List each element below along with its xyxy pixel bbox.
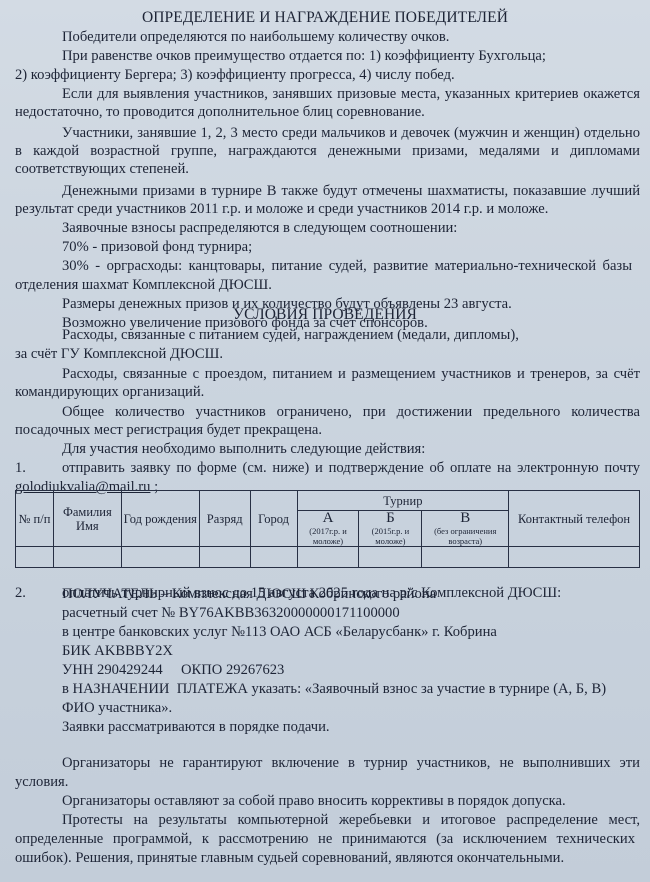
tournament-v-letter: В <box>422 511 508 526</box>
table-cell <box>250 547 297 568</box>
paragraph-line: Расходы, связанные с проездом, питанием … <box>62 365 640 383</box>
paragraph-line: Организаторы оставляют за собой право вн… <box>62 792 566 810</box>
paragraph-line: определенные программой, к рассмотрению … <box>15 830 635 848</box>
paragraph-line: за счёт ГУ Комплексной ДЮСШ. <box>15 345 223 363</box>
paragraph-line: командирующих организаций. <box>15 383 204 401</box>
tournament-a-note: (2017г.р. и моложе) <box>298 526 359 546</box>
tournament-v-note: (без ограничения возраста) <box>422 526 508 546</box>
paragraph-line: Общее количество участников ограничено, … <box>62 403 640 421</box>
table-row <box>16 547 640 568</box>
paragraph-line: посадочных мест регистрация будет прекра… <box>15 421 322 439</box>
col-header-tournament-a: А (2017г.р. и моложе) <box>297 511 359 547</box>
paragraph-line: Заявочные взносы распределяются в следую… <box>62 219 457 237</box>
step-number: 1. <box>15 459 26 477</box>
step1-text: отправить заявку по форме (см. ниже) и п… <box>62 459 640 477</box>
document-page: ОПРЕДЕЛЕНИЕ И НАГРАЖДЕНИЕ ПОБЕДИТЕЛЕЙ По… <box>0 0 650 882</box>
table-cell <box>53 547 121 568</box>
col-header-tournament-b: Б (2015г.р. и моложе) <box>359 511 422 547</box>
paragraph-line: 2) коэффициенту Бергера; 3) коэффициенту… <box>15 66 455 84</box>
table-cell <box>199 547 250 568</box>
paragraph-line: Участники, занявшие 1, 2, 3 место среди … <box>62 124 640 142</box>
applications-order-line: Заявки рассматриваются в порядке подачи. <box>62 718 330 736</box>
paragraph-line: Если для выявления участников, занявших … <box>62 85 640 103</box>
table-cell <box>121 547 199 568</box>
paragraph-line: результат среди участников 2011 г.р. и м… <box>15 200 548 218</box>
step2-line: УНН 290429244 ОКПО 29267623 <box>62 661 284 679</box>
col-header-num: № п/п <box>16 491 54 547</box>
step2-line: в центре банковских услуг №113 ОАО АСБ «… <box>62 623 497 641</box>
paragraph-line: Протесты на результаты компьютерной жере… <box>62 811 640 829</box>
paragraph-line: в каждой возрастной группе, награждаются… <box>15 142 640 160</box>
col-header-tournament: Турнир <box>297 491 509 511</box>
step2-line: ПОЛУЧАТЕЛЬ – Комплексная ДЮСШ Кобринског… <box>62 585 436 603</box>
col-header-year: Год рождения <box>121 491 199 547</box>
paragraph-line: Денежными призами в турнире В также буду… <box>62 182 640 200</box>
step2-line: расчетный счет № BY76AKBB363200000001711… <box>62 604 400 622</box>
table-cell <box>359 547 422 568</box>
registration-form-table: № п/п Фамилия Имя Год рождения Разряд Го… <box>15 490 640 568</box>
paragraph-line: недостаточно, то проводится дополнительн… <box>15 103 425 121</box>
table-cell <box>509 547 640 568</box>
paragraph-line: 30% - оргрaсходы: канцтовары, питание су… <box>62 257 632 275</box>
table-cell <box>16 547 54 568</box>
col-header-name: Фамилия Имя <box>53 491 121 547</box>
step2-line: ФИО участника». <box>62 699 172 717</box>
col-header-rank: Разряд <box>199 491 250 547</box>
table-cell <box>422 547 509 568</box>
paragraph-line: Расходы, связанные с питанием судей, наг… <box>62 326 519 344</box>
col-header-city: Город <box>250 491 297 547</box>
col-header-tournament-v: В (без ограничения возраста) <box>422 511 509 547</box>
paragraph-line: отделения шахмат Комплексной ДЮСШ. <box>15 276 272 294</box>
paragraph-line: 70% - призовой фонд турнира; <box>62 238 252 256</box>
col-header-phone: Контактный телефон <box>509 491 640 547</box>
paragraph-line: При равенстве очков преимущество отдаетс… <box>62 47 546 65</box>
paragraph-line: Для участия необходимо выполнить следующ… <box>62 440 425 458</box>
table-cell <box>297 547 359 568</box>
step-number: 2. <box>15 584 26 602</box>
paragraph-line: Победители определяются по наибольшему к… <box>62 28 449 46</box>
step2-line: БИК AKBBBY2X <box>62 642 173 660</box>
paragraph-line: соответствующих степеней. <box>15 160 189 178</box>
paragraph-line: Организаторы не гарантируют включение в … <box>62 754 640 772</box>
paragraph-line: условия. <box>15 773 68 791</box>
tournament-b-letter: Б <box>359 511 421 526</box>
section-title-conditions: УСЛОВИЯ ПРОВЕДЕНИЯ <box>0 306 650 324</box>
tournament-a-letter: А <box>298 511 359 526</box>
tournament-b-note: (2015г.р. и моложе) <box>359 526 421 546</box>
paragraph-line: ошибок). Решения, принятые главным судье… <box>15 849 564 867</box>
step2-line: в НАЗНАЧЕНИИ ПЛАТЕЖА указать: «Заявочный… <box>62 680 606 698</box>
section-title-winners: ОПРЕДЕЛЕНИЕ И НАГРАЖДЕНИЕ ПОБЕДИТЕЛЕЙ <box>0 9 650 27</box>
